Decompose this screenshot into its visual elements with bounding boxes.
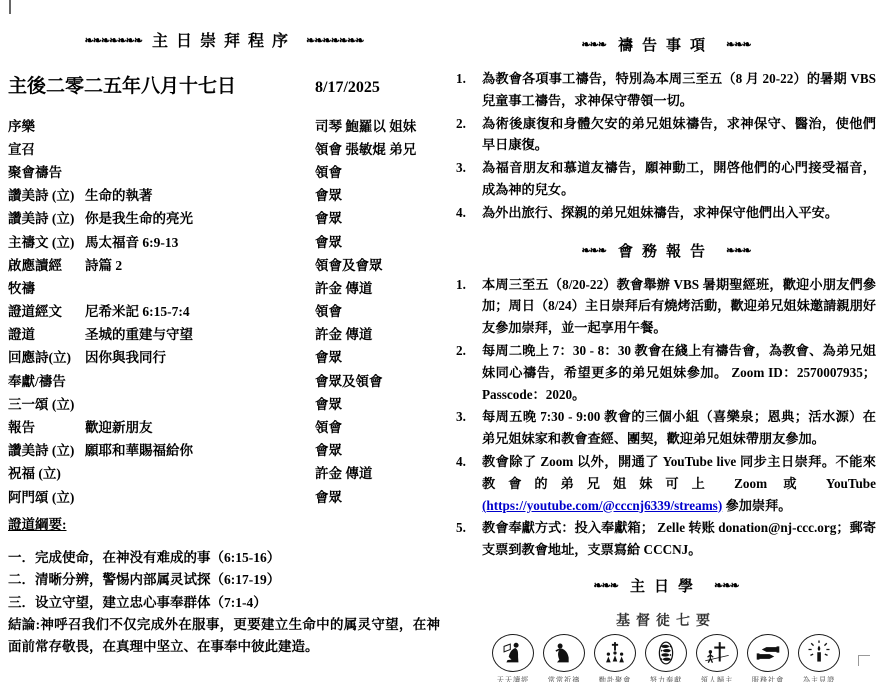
announcement-item: 3.每周五晚 7:30 - 9:00 教會的三個小組（喜樂泉；恩典；活水源）在弟… (456, 406, 876, 450)
essential-label: 服務社會 (752, 675, 784, 682)
program-leader: 許金 傳道 (315, 277, 440, 297)
announcement-item: 5.教會奉獻方式：投入奉獻箱； Zelle 转账 donation@nj-ccc… (456, 517, 876, 561)
program-row: 宣召領會 張敏焜 弟兄 (8, 136, 440, 159)
item-number: 5. (456, 517, 482, 561)
essential-badge: 常常祈禱 (541, 634, 588, 682)
prayer-item: 4.為外出旅行、探親的弟兄姐妹禱告，求神保守他們出入平安。 (456, 202, 876, 224)
date-numeric: 8/17/2025 (315, 79, 440, 97)
essential-label: 努力奉獻 (650, 675, 682, 682)
sermon-outline-points: 一．完成使命，在神没有难成的事（6:15-16） 二．清晰分辨，警惕内部属灵试探… (8, 547, 440, 614)
program-detail: 詩篇 2 (85, 254, 315, 274)
sunday-school-section-header: ❧❧❧主日學❧❧❧ (456, 575, 876, 596)
sunday-school-title: 主日學 (630, 579, 702, 595)
program-row: 讚美詩 (立)願耶和華賜福給你會眾 (8, 438, 440, 461)
ornament-chain-icon: ❧❧❧❧❧❧❧ (84, 35, 142, 47)
announcement-text-post: 參加崇拜。 (722, 498, 791, 513)
prayer-section-title: 禱告事項 (618, 38, 714, 54)
prayer-text: 為外出旅行、探親的弟兄姐妹禱告，求神保守他們出入平安。 (482, 202, 876, 224)
page-title: 主日崇拜程序 (152, 33, 296, 50)
outline-point: 三．设立守望，建立忠心事奉群体（7:1-4） (8, 592, 440, 614)
prayer-item: 2.為術後康復和身體欠安的弟兄姐妹禱告，求神保守、醫治，使他們早日康復。 (456, 113, 876, 157)
reading-figure-icon (492, 634, 534, 672)
ornament-chain-icon: ❧❧❧❧❧❧❧ (306, 35, 364, 47)
prayer-section-header: ❧❧❧禱告事項❧❧❧ (456, 34, 876, 55)
outline-point: 二．清晰分辨，警惕内部属灵试探（6:17-19） (8, 569, 440, 591)
program-item: 啟應讀經 (8, 254, 85, 274)
item-number: 3. (456, 157, 482, 201)
prayer-text: 為教會各項事工禱告，特別為本周三至五（8 月 20-22）的暑期 VBS 兒童事… (482, 68, 876, 112)
program-item: 阿門頌 (立) (8, 486, 85, 506)
serving-hands-icon (747, 634, 789, 672)
program-row: 讚美詩 (立)你是我生命的亮光會眾 (8, 206, 440, 229)
item-number: 4. (456, 451, 482, 516)
program-item: 宣召 (8, 138, 85, 158)
program-row: 奉獻/禱告會眾及領會 (8, 368, 440, 391)
essential-label: 常常祈禱 (548, 675, 580, 682)
program-detail: 你是我生命的亮光 (85, 207, 315, 227)
announcements-column: ❧❧❧禱告事項❧❧❧ 1.為教會各項事工禱告，特別為本周三至五（8 月 20-2… (446, 0, 886, 682)
program-item: 主禱文 (立) (8, 231, 85, 251)
program-leader: 會眾 (315, 346, 440, 366)
program-item: 讚美詩 (立) (8, 207, 85, 227)
program-leader: 領會 (315, 300, 440, 320)
prayer-list: 1.為教會各項事工禱告，特別為本周三至五（8 月 20-22）的暑期 VBS 兒… (456, 68, 876, 224)
congregation-cross-icon (594, 634, 636, 672)
essential-badge: 領人歸主 (694, 634, 741, 682)
program-row: 報告歡迎新朋友領會 (8, 414, 440, 437)
program-leader: 領會及會眾 (315, 254, 440, 274)
essential-label: 天天讀經 (497, 675, 529, 682)
program-item: 報告 (8, 416, 85, 436)
essential-label: 勤赴聚會 (599, 675, 631, 682)
program-row: 證道圣城的重建与守望許金 傳道 (8, 322, 440, 345)
program-item: 讚美詩 (立) (8, 439, 85, 459)
announcement-text: 本周三至五（8/20-22）教會舉辦 VBS 暑期聖經班，歡迎小朋友們參加；周日… (482, 274, 876, 339)
item-number: 1. (456, 274, 482, 339)
worship-order-header: ❧❧❧❧❧❧❧主日崇拜程序❧❧❧❧❧❧❧ (8, 28, 440, 51)
sermon-conclusion: 結論:神呼召我们不仅完成外在服事，更要建立生命中的属灵守望，在神面前常存敬畏，在… (8, 614, 440, 659)
seven-essentials-badges: 天天讀經 常常祈禱 勤赴聚會 (456, 634, 876, 682)
program-row: 三一頌 (立)會眾 (8, 391, 440, 414)
program-row: 牧禱許金 傳道 (8, 275, 440, 298)
essential-label: 為主見證 (803, 675, 835, 682)
prayer-text: 為術後康復和身體欠安的弟兄姐妹禱告，求神保守、醫治，使他們早日康復。 (482, 113, 876, 157)
youtube-link[interactable]: (https://youtube.com/@cccnj6339/streams) (482, 498, 722, 513)
program-list: 序樂司琴 鮑羅以 姐妹 宣召領會 張敏焜 弟兄 聚會禱告領會 讚美詩 (立)生命… (8, 113, 440, 507)
program-row: 回應詩(立)因你與我同行會眾 (8, 345, 440, 368)
item-number: 2. (456, 340, 482, 405)
program-row: 阿門頌 (立)會眾 (8, 484, 440, 507)
program-item: 三一頌 (立) (8, 393, 85, 413)
announcement-text: 教會除了 Zoom 以外，開通了 YouTube live 同步主日崇拜。不能來… (482, 451, 876, 516)
announcement-text-pre: 教會除了 Zoom 以外，開通了 YouTube live 同步主日崇拜。不能來… (482, 454, 876, 491)
program-item: 證道 (8, 323, 85, 343)
sermon-outline: 證道綱要: 一．完成使命，在神没有难成的事（6:15-16） 二．清晰分辨，警惕… (8, 513, 440, 658)
essential-badge: 努力奉獻 (643, 634, 690, 682)
announcements-section-title: 會務報告 (618, 244, 714, 260)
program-leader: 會眾 (315, 486, 440, 506)
program-item: 序樂 (8, 115, 85, 135)
ornament-chain-icon: ❧❧❧ (726, 39, 751, 51)
prayer-item: 3.為福音朋友和慕道友禱告，願神動工，開啓他們的心門接受福音，成為神的兒女。 (456, 157, 876, 201)
program-leader: 會眾及領會 (315, 370, 440, 390)
program-detail: 馬太福音 6:9-13 (85, 231, 315, 251)
offering-fish-icon (645, 634, 687, 672)
item-number: 1. (456, 68, 482, 112)
bulletin-page: ❧❧❧❧❧❧❧主日崇拜程序❧❧❧❧❧❧❧ 主後二零二五年八月十七日 8/17/2… (0, 0, 886, 682)
announcement-item: 1.本周三至五（8/20-22）教會舉辦 VBS 暑期聖經班，歡迎小朋友們參加；… (456, 274, 876, 339)
essential-badge: 為主見證 (796, 634, 843, 682)
ornament-chain-icon: ❧❧❧ (593, 580, 618, 592)
program-detail: 生命的執著 (85, 184, 315, 204)
program-row: 讚美詩 (立)生命的執著會眾 (8, 183, 440, 206)
program-row: 證道經文尼希米記 6:15-7:4領會 (8, 299, 440, 322)
program-leader: 會眾 (315, 393, 440, 413)
program-row: 序樂司琴 鮑羅以 姐妹 (8, 113, 440, 136)
date-chinese: 主後二零二五年八月十七日 (8, 71, 315, 98)
program-row: 主禱文 (立)馬太福音 6:9-13會眾 (8, 229, 440, 252)
seven-essentials-title: 基督徒七要 (456, 610, 876, 630)
program-leader: 司琴 鮑羅以 姐妹 (315, 115, 440, 135)
program-leader: 會眾 (315, 439, 440, 459)
program-leader: 領會 (315, 161, 440, 181)
program-item: 牧禱 (8, 277, 85, 297)
program-item: 奉獻/禱告 (8, 370, 85, 390)
program-leader: 許金 傳道 (315, 462, 440, 482)
announcement-text: 每周二晚上 7：30 - 8：30 教會在綫上有禱告會，為教會、為弟兄姐妹同心禱… (482, 340, 876, 405)
announcement-item: 4.教會除了 Zoom 以外，開通了 YouTube live 同步主日崇拜。不… (456, 451, 876, 516)
prayer-item: 1.為教會各項事工禱告，特別為本周三至五（8 月 20-22）的暑期 VBS 兒… (456, 68, 876, 112)
outline-point: 一．完成使命，在神没有难成的事（6:15-16） (8, 547, 440, 569)
program-detail: 歡迎新朋友 (85, 416, 315, 436)
ornament-chain-icon: ❧❧❧ (581, 245, 606, 257)
program-leader: 會眾 (315, 231, 440, 251)
date-row: 主後二零二五年八月十七日 8/17/2025 (8, 71, 440, 98)
program-item: 聚會禱告 (8, 161, 85, 181)
program-leader: 領會 張敏焜 弟兄 (315, 138, 440, 158)
text-cursor-artifact (9, 0, 11, 14)
program-leader: 會眾 (315, 207, 440, 227)
program-leader: 領會 (315, 416, 440, 436)
worship-order-column: ❧❧❧❧❧❧❧主日崇拜程序❧❧❧❧❧❧❧ 主後二零二五年八月十七日 8/17/2… (0, 0, 446, 682)
program-item: 讚美詩 (立) (8, 184, 85, 204)
candle-light-icon (798, 634, 840, 672)
announcement-text: 教會奉獻方式：投入奉獻箱； Zelle 转账 donation@nj-ccc.o… (482, 517, 876, 561)
essential-label: 領人歸主 (701, 675, 733, 682)
announcement-item: 2.每周二晚上 7：30 - 8：30 教會在綫上有禱告會，為教會、為弟兄姐妹同… (456, 340, 876, 405)
program-item: 證道經文 (8, 300, 85, 320)
essential-badge: 天天讀經 (490, 634, 537, 682)
announcement-text: 每周五晚 7:30 - 9:00 教會的三個小組（喜樂泉；恩典；活水源）在弟兄姐… (482, 406, 876, 450)
program-leader: 會眾 (315, 184, 440, 204)
prayer-text: 為福音朋友和慕道友禱告，願神動工，開啓他們的心門接受福音，成為神的兒女。 (482, 157, 876, 201)
announcements-list: 1.本周三至五（8/20-22）教會舉辦 VBS 暑期聖經班，歡迎小朋友們參加；… (456, 274, 876, 561)
program-row: 聚會禱告領會 (8, 159, 440, 182)
sermon-outline-heading: 證道綱要: (8, 513, 440, 533)
ornament-chain-icon: ❧❧❧ (714, 580, 739, 592)
ornament-chain-icon: ❧❧❧ (581, 39, 606, 51)
program-detail: 願耶和華賜福給你 (85, 439, 315, 459)
announcements-section-header: ❧❧❧會務報告❧❧❧ (456, 240, 876, 261)
essential-badge: 服務社會 (745, 634, 792, 682)
program-detail: 尼希米記 6:15-7:4 (85, 300, 315, 320)
cross-figure-icon (696, 634, 738, 672)
program-row: 祝福 (立)許金 傳道 (8, 461, 440, 484)
program-row: 啟應讀經詩篇 2領會及會眾 (8, 252, 440, 275)
program-item: 祝福 (立) (8, 462, 85, 482)
program-leader: 許金 傳道 (315, 323, 440, 343)
item-number: 4. (456, 202, 482, 224)
frame-corner-artifact (858, 655, 870, 666)
praying-figure-icon (543, 634, 585, 672)
program-item: 回應詩(立) (8, 346, 85, 366)
program-detail: 因你與我同行 (85, 346, 315, 366)
essential-badge: 勤赴聚會 (592, 634, 639, 682)
item-number: 3. (456, 406, 482, 450)
program-detail: 圣城的重建与守望 (85, 323, 315, 343)
item-number: 2. (456, 113, 482, 157)
ornament-chain-icon: ❧❧❧ (726, 245, 751, 257)
seven-essentials-graphic: 基督徒七要 天天讀經 常常祈禱 (456, 610, 876, 682)
